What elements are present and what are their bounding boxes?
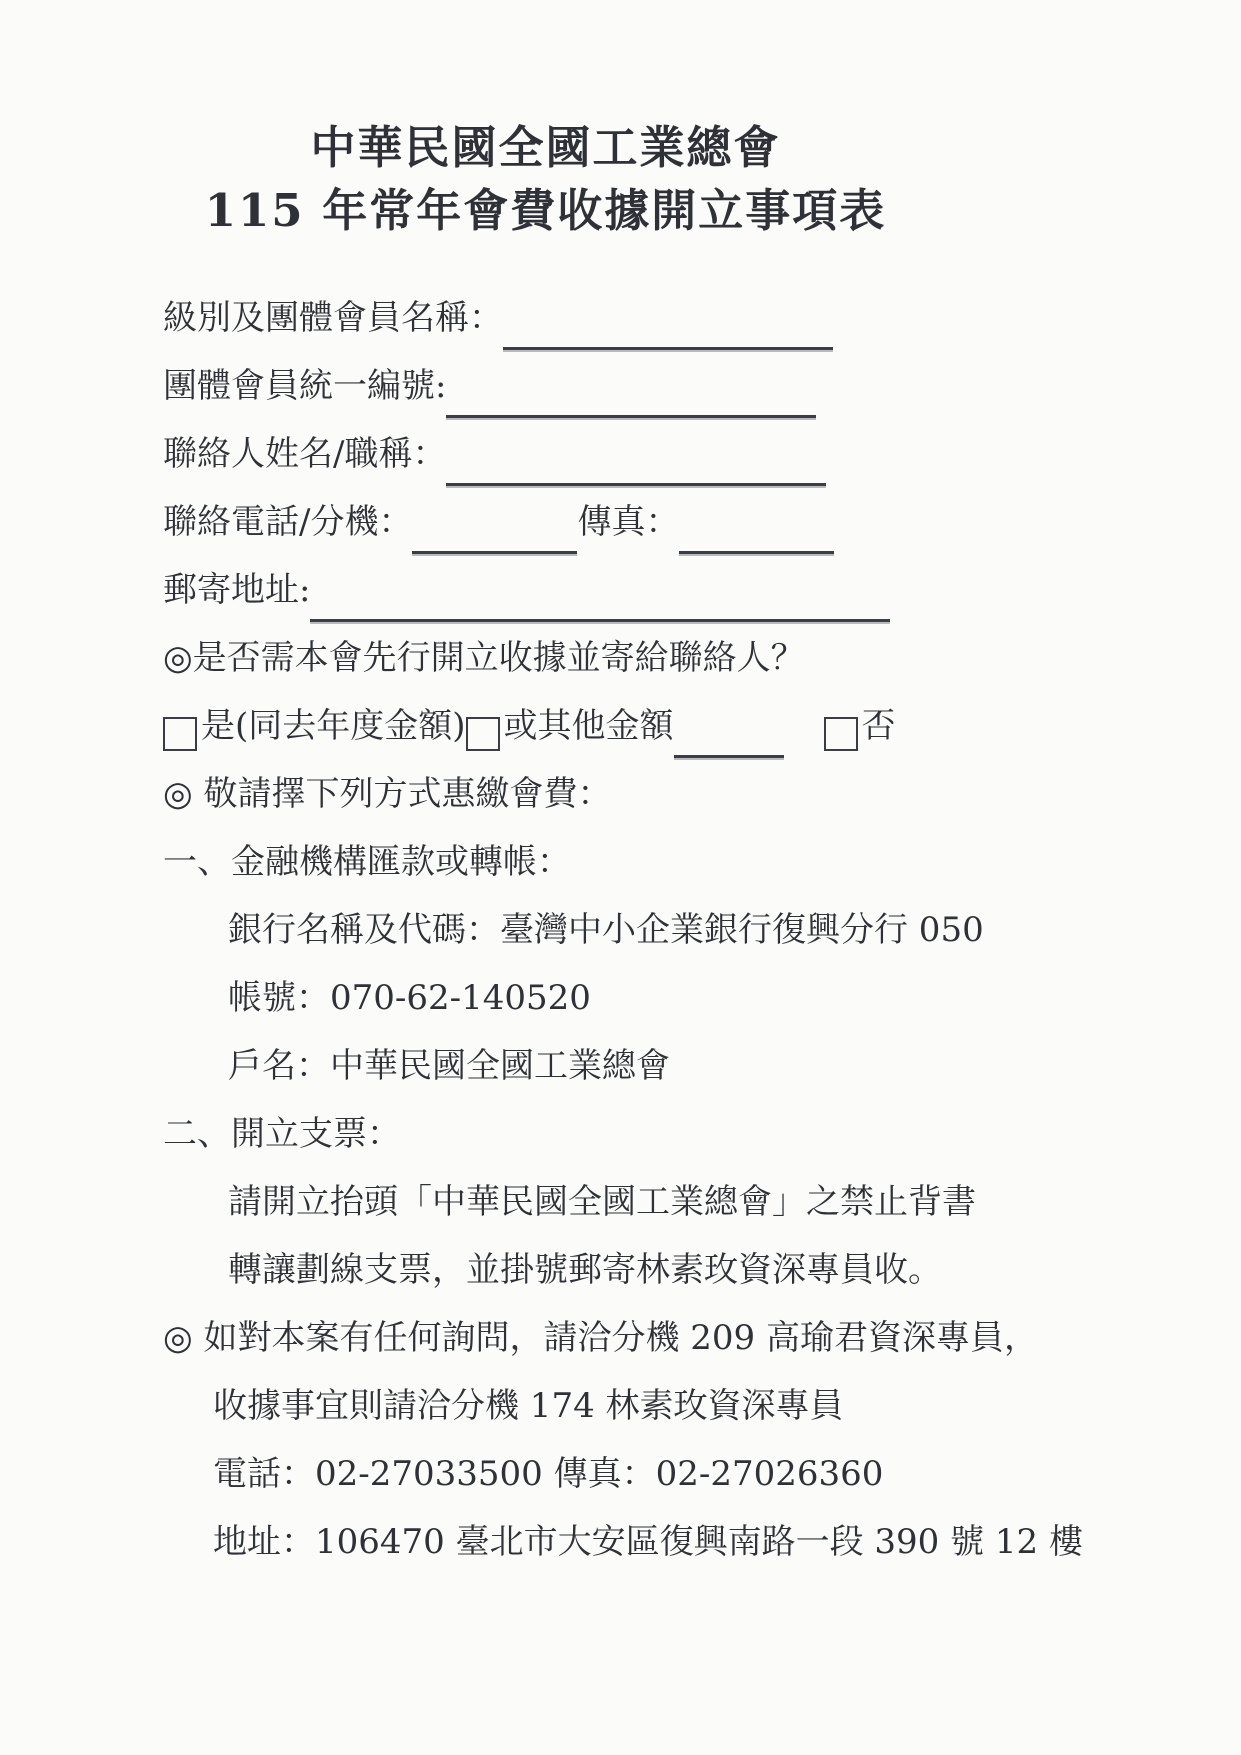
- receipt-options-row: 是(同去年度金額) 或其他金額 否: [163, 698, 1201, 766]
- contact-field[interactable]: [446, 443, 826, 486]
- bank-account-text: 帳號：070-62-140520: [228, 970, 591, 1019]
- phone-fax-row: 聯絡電話/分機： 傳真：: [163, 494, 1201, 562]
- checkbox-no[interactable]: [824, 717, 858, 751]
- member-name-field[interactable]: [503, 307, 833, 350]
- tax-id-field[interactable]: [446, 375, 816, 418]
- document-title-line1: 中華民國全國工業總會: [0, 116, 1091, 179]
- member-name-label: 級別及團體會員名稱：: [163, 290, 503, 339]
- receipt-question-text: ◎是否需本會先行開立收據並寄給聯絡人？: [163, 630, 805, 679]
- phone-label: 聯絡電話/分機：: [163, 494, 412, 543]
- inquiry-row-2: 收據事宜則請洽分機 174 林素玫資深專員: [163, 1378, 1201, 1446]
- account-holder-row: 戶名：中華民國全國工業總會: [163, 1038, 1201, 1106]
- method1-heading-row: 一、金融機構匯款或轉帳：: [163, 834, 1201, 902]
- tax-id-row: 團體會員統一編號:: [163, 358, 1201, 426]
- fax-label: 傳真：: [577, 494, 679, 543]
- cheque-instruction-text-1: 請開立抬頭「中華民國全國工業總會」之禁止背書: [228, 1174, 976, 1223]
- option-yes-label: 是(同去年度金額): [201, 698, 466, 747]
- scanned-form-page: 中華民國全國工業總會 115 年常年會費收據開立事項表 級別及團體會員名稱： 團…: [0, 0, 1241, 1755]
- tax-id-label: 團體會員統一編號:: [163, 358, 446, 407]
- inquiry-address-text: 地址：106470 臺北市大安區復興南路一段 390 號 12 樓: [213, 1514, 1083, 1563]
- mail-address-field[interactable]: [310, 579, 890, 622]
- inquiry-phone-row: 電話：02-27033500 傳真：02-27026360: [163, 1446, 1201, 1514]
- method2-heading-row: 二、開立支票：: [163, 1106, 1201, 1174]
- other-amount-field[interactable]: [674, 715, 784, 758]
- fax-field[interactable]: [679, 511, 834, 554]
- cheque-instruction-text-2: 轉讓劃線支票，並掛號郵寄林素玫資深專員收。: [228, 1242, 942, 1291]
- bank-name-row: 銀行名稱及代碼：臺灣中小企業銀行復興分行 050: [163, 902, 1201, 970]
- member-name-row: 級別及團體會員名稱：: [163, 290, 1201, 358]
- account-holder-text: 戶名：中華民國全國工業總會: [228, 1038, 670, 1087]
- mail-address-row: 郵寄地址:: [163, 562, 1201, 630]
- cheque-instruction-row-1: 請開立抬頭「中華民國全國工業總會」之禁止背書: [163, 1174, 1201, 1242]
- inquiry-row-1: ◎ 如對本案有任何詢問，請洽分機 209 高瑜君資深專員，: [163, 1310, 1201, 1378]
- inquiry-text-1: ◎ 如對本案有任何詢問，請洽分機 209 高瑜君資深專員，: [163, 1310, 1038, 1359]
- document-title-line2: 115 年常年會費收據開立事項表: [0, 179, 1091, 242]
- checkbox-other-amount[interactable]: [466, 717, 500, 751]
- bank-account-row: 帳號：070-62-140520: [163, 970, 1201, 1038]
- document-header: 中華民國全國工業總會 115 年常年會費收據開立事項表: [0, 0, 1091, 242]
- inquiry-text-2: 收據事宜則請洽分機 174 林素玫資深專員: [213, 1378, 844, 1427]
- mail-address-label: 郵寄地址:: [163, 562, 310, 611]
- payment-heading-text: ◎ 敬請擇下列方式惠繳會費：: [163, 766, 611, 815]
- method2-heading-text: 二、開立支票：: [163, 1106, 401, 1155]
- option-no-label: 否: [862, 698, 896, 747]
- cheque-instruction-row-2: 轉讓劃線支票，並掛號郵寄林素玫資深專員收。: [163, 1242, 1201, 1310]
- bank-name-text: 銀行名稱及代碼：臺灣中小企業銀行復興分行 050: [228, 902, 984, 951]
- contact-label: 聯絡人姓名/職稱：: [163, 426, 446, 475]
- phone-field[interactable]: [412, 511, 577, 554]
- payment-heading-row: ◎ 敬請擇下列方式惠繳會費：: [163, 766, 1201, 834]
- form-body: 級別及團體會員名稱： 團體會員統一編號: 聯絡人姓名/職稱： 聯絡電話/分機： …: [0, 290, 1241, 1582]
- inquiry-phone-text: 電話：02-27033500 傳真：02-27026360: [213, 1446, 883, 1495]
- contact-row: 聯絡人姓名/職稱：: [163, 426, 1201, 494]
- option-other-label: 或其他金額: [504, 698, 674, 747]
- inquiry-address-row: 地址：106470 臺北市大安區復興南路一段 390 號 12 樓: [163, 1514, 1201, 1582]
- checkbox-yes[interactable]: [163, 717, 197, 751]
- receipt-question-row: ◎是否需本會先行開立收據並寄給聯絡人？: [163, 630, 1201, 698]
- method1-heading-text: 一、金融機構匯款或轉帳：: [163, 834, 571, 883]
